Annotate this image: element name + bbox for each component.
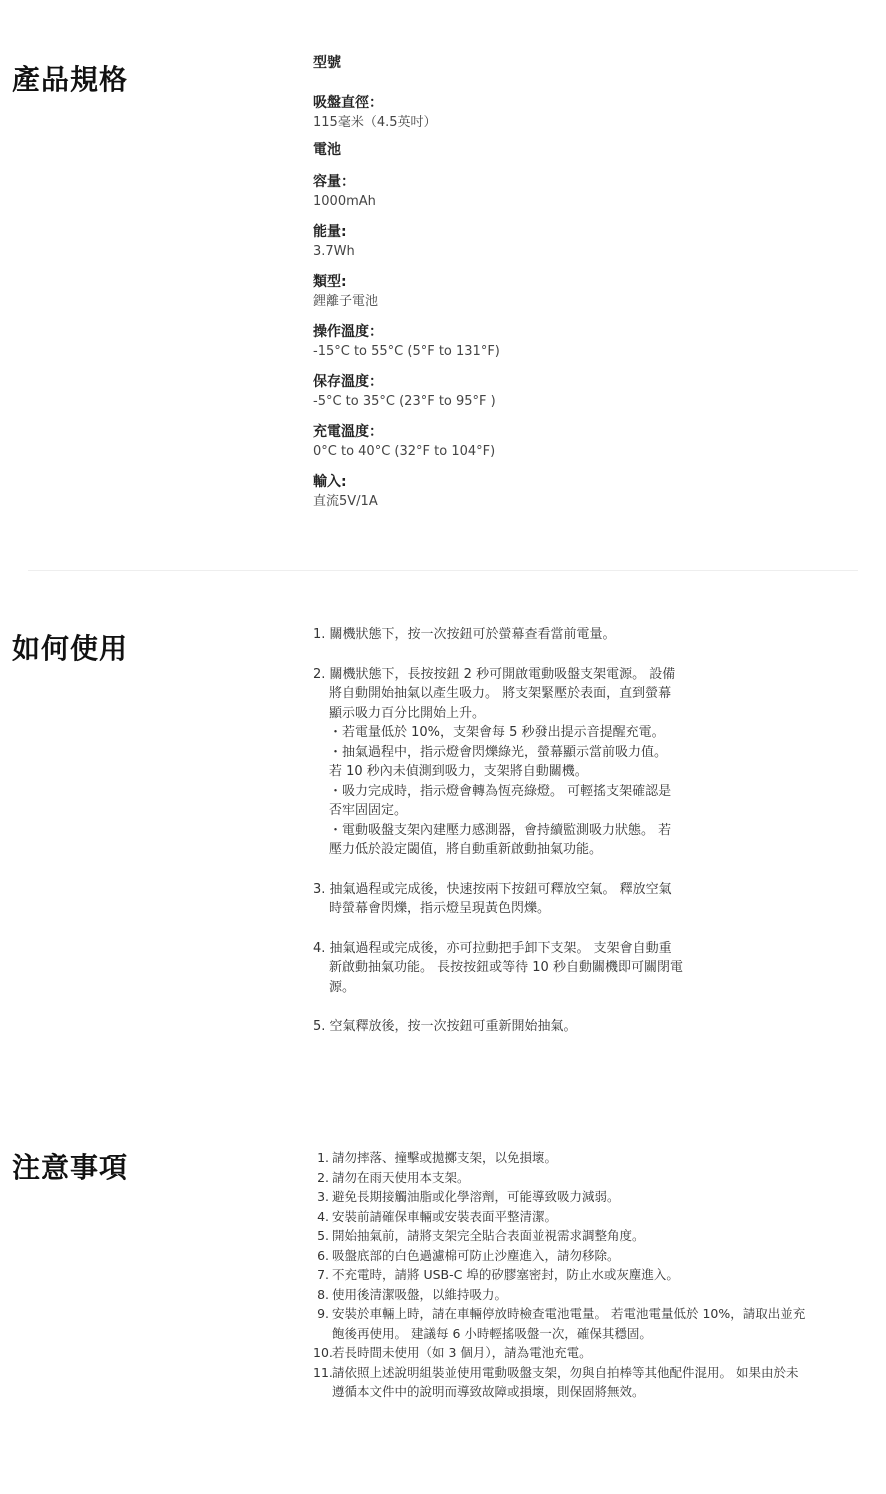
spec-value: 115毫米（4.5英吋） [313, 113, 873, 132]
notes-list: 1.請勿摔落、撞擊或拋擲支架，以免損壞。 2.請勿在雨天使用本支架。 3.避免長… [313, 1148, 883, 1402]
usage-step-3: 3. 抽氣過程或完成後，快速按兩下按鈕可釋放空氣。 釋放空氣 時螢幕會閃爍，指示… [313, 880, 873, 919]
notes-text: 安裝前請確保車輛或安裝表面平整清潔。 [329, 1207, 557, 1227]
spec-value: 鋰離子電池 [313, 292, 873, 311]
usage-bullet: ・抽氣過程中，指示燈會閃爍綠光，螢幕顯示當前吸力值。 [313, 743, 873, 763]
notes-num: 10. [313, 1343, 329, 1363]
spec-label: 操作溫度： [313, 323, 873, 342]
notes-item: 7.不充電時，請將 USB-C 埠的矽膠塞密封，防止水或灰塵進入。 [313, 1265, 883, 1285]
spec-value: 1000mAh [313, 192, 873, 211]
notes-num: 9. [313, 1304, 329, 1343]
spec-operating-temp: 操作溫度： -15°C to 55°C (5°F to 131°F) [313, 323, 873, 361]
usage-step-4: 4. 抽氣過程或完成後，亦可拉動把手卸下支架。 支架會自動重 新啟動抽氣功能。 … [313, 939, 873, 998]
usage-step-1: 1. 關機狀態下，按一次按鈕可於螢幕查看當前電量。 [313, 625, 873, 645]
spec-capacity: 容量： 1000mAh [313, 173, 873, 211]
notes-text: 不充電時，請將 USB-C 埠的矽膠塞密封，防止水或灰塵進入。 [329, 1265, 679, 1285]
spec-label: 容量： [313, 173, 873, 192]
notes-item: 6.吸盤底部的白色過濾棉可防止沙塵進入，請勿移除。 [313, 1246, 883, 1266]
notes-item: 5.開始抽氣前，請將支架完全貼合表面並視需求調整角度。 [313, 1226, 883, 1246]
spec-label: 充電溫度： [313, 423, 873, 442]
notes-text: 吸盤底部的白色過濾棉可防止沙塵進入，請勿移除。 [329, 1246, 620, 1266]
usage-line: 5. 空氣釋放後，按一次按鈕可重新開始抽氣。 [313, 1017, 873, 1037]
notes-item: 2.請勿在雨天使用本支架。 [313, 1168, 883, 1188]
notes-item: 9.安裝於車輛上時，請在車輛停放時檢查電池電量。 若電池電量低於 10%，請取出… [313, 1304, 883, 1343]
spec-energy: 能量: 3.7Wh [313, 223, 873, 261]
usage-line: 3. 抽氣過程或完成後，快速按兩下按鈕可釋放空氣。 釋放空氣 [313, 880, 873, 900]
usage-line: 將自動開始抽氣以產生吸力。 將支架緊壓於表面，直到螢幕 [313, 684, 873, 704]
notes-text: 安裝於車輛上時，請在車輛停放時檢查電池電量。 若電池電量低於 10%，請取出並充… [329, 1304, 805, 1343]
spec-value: 直流5V/1A [313, 492, 873, 511]
usage-line: 否牢固固定。 [313, 801, 873, 821]
notes-num: 6. [313, 1246, 329, 1266]
usage-line: 1. 關機狀態下，按一次按鈕可於螢幕查看當前電量。 [313, 625, 873, 645]
usage-line: 顯示吸力百分比開始上升。 [313, 704, 873, 724]
notes-num: 2. [313, 1168, 329, 1188]
usage-step-5: 5. 空氣釋放後，按一次按鈕可重新開始抽氣。 [313, 1017, 873, 1037]
spec-label: 吸盤直徑： [313, 94, 873, 113]
notes-num: 4. [313, 1207, 329, 1227]
usage-line: 時螢幕會閃爍，指示燈呈現黃色閃爍。 [313, 899, 873, 919]
specs-title: 產品規格 [12, 58, 128, 98]
notes-num: 11. [313, 1363, 329, 1402]
notes-text: 開始抽氣前，請將支架完全貼合表面並視需求調整角度。 [329, 1226, 645, 1246]
notes-num: 7. [313, 1265, 329, 1285]
notes-text: 請勿摔落、撞擊或拋擲支架，以免損壞。 [329, 1148, 557, 1168]
spec-value: 3.7Wh [313, 242, 873, 261]
usage-bullet: ・吸力完成時，指示燈會轉為恆亮綠燈。 可輕搖支架確認是 [313, 782, 873, 802]
usage-line: 若 10 秒內未偵測到吸力，支架將自動關機。 [313, 762, 873, 782]
section-divider [28, 570, 858, 571]
notes-text: 使用後清潔吸盤，以維持吸力。 [329, 1285, 507, 1305]
usage-line: 4. 抽氣過程或完成後，亦可拉動把手卸下支架。 支架會自動重 [313, 939, 873, 959]
spec-label: 類型: [313, 273, 873, 292]
notes-title: 注意事項 [12, 1146, 128, 1186]
usage-content: 1. 關機狀態下，按一次按鈕可於螢幕查看當前電量。 2. 關機狀態下，長按按鈕 … [313, 625, 873, 1056]
notes-text: 避免長期接觸油脂或化學溶劑，可能導致吸力減弱。 [329, 1187, 620, 1207]
battery-label: 電池 [313, 141, 873, 159]
usage-line: 源。 [313, 978, 873, 998]
specs-content: 型號 吸盤直徑： 115毫米（4.5英吋） 電池 容量： 1000mAh 能量:… [313, 54, 873, 520]
spec-storage-temp: 保存溫度： -5°C to 35°C (23°F to 95°F ) [313, 373, 873, 411]
usage-line: 2. 關機狀態下，長按按鈕 2 秒可開啟電動吸盤支架電源。 設備 [313, 665, 873, 685]
notes-item: 1.請勿摔落、撞擊或拋擲支架，以免損壞。 [313, 1148, 883, 1168]
spec-type: 類型: 鋰離子電池 [313, 273, 873, 311]
notes-text: 請勿在雨天使用本支架。 [329, 1168, 470, 1188]
notes-num: 5. [313, 1226, 329, 1246]
notes-item: 8.使用後清潔吸盤，以維持吸力。 [313, 1285, 883, 1305]
usage-bullet: ・若電量低於 10%，支架會每 5 秒發出提示音提醒充電。 [313, 723, 873, 743]
notes-item: 11.請依照上述說明組裝並使用電動吸盤支架，勿與自拍棒等其他配件混用。 如果由於… [313, 1363, 883, 1402]
spec-input: 輸入: 直流5V/1A [313, 473, 873, 511]
usage-line: 新啟動抽氣功能。 長按按鈕或等待 10 秒自動關機即可關閉電 [313, 958, 873, 978]
notes-item: 3.避免長期接觸油脂或化學溶劑，可能導致吸力減弱。 [313, 1187, 883, 1207]
notes-item: 10.若長時間未使用（如 3 個月），請為電池充電。 [313, 1343, 883, 1363]
notes-text: 若長時間未使用（如 3 個月），請為電池充電。 [329, 1343, 592, 1363]
spec-value: 0°C to 40°C (32°F to 104°F) [313, 442, 873, 461]
spec-label: 能量: [313, 223, 873, 242]
notes-num: 3. [313, 1187, 329, 1207]
model-label: 型號 [313, 54, 873, 72]
usage-title: 如何使用 [12, 627, 128, 667]
spec-suction-diameter: 吸盤直徑： 115毫米（4.5英吋） [313, 94, 873, 132]
notes-item: 4.安裝前請確保車輛或安裝表面平整清潔。 [313, 1207, 883, 1227]
spec-label: 保存溫度： [313, 373, 873, 392]
usage-line: 壓力低於設定閾值，將自動重新啟動抽氣功能。 [313, 840, 873, 860]
notes-num: 1. [313, 1148, 329, 1168]
spec-value: -15°C to 55°C (5°F to 131°F) [313, 342, 873, 361]
usage-step-2: 2. 關機狀態下，長按按鈕 2 秒可開啟電動吸盤支架電源。 設備 將自動開始抽氣… [313, 665, 873, 860]
notes-num: 8. [313, 1285, 329, 1305]
spec-value: -5°C to 35°C (23°F to 95°F ) [313, 392, 873, 411]
spec-label: 輸入: [313, 473, 873, 492]
spec-charging-temp: 充電溫度： 0°C to 40°C (32°F to 104°F) [313, 423, 873, 461]
usage-bullet: ・電動吸盤支架內建壓力感測器，會持續監測吸力狀態。 若 [313, 821, 873, 841]
notes-text: 請依照上述說明組裝並使用電動吸盤支架，勿與自拍棒等其他配件混用。 如果由於未 遵… [329, 1363, 798, 1402]
